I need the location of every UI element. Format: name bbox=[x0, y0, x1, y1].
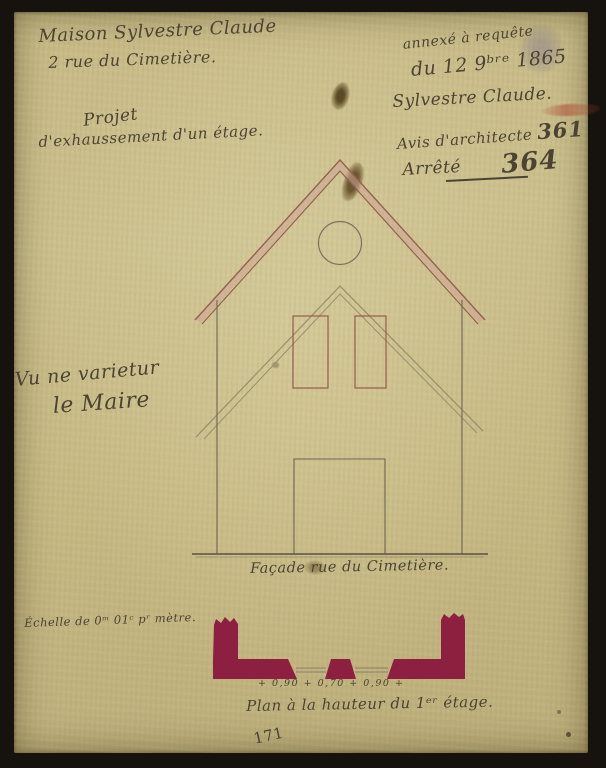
project-title-line1: Projet bbox=[82, 104, 139, 131]
annex-note-date: du 12 9ᵇʳᵉ 1865 bbox=[410, 45, 568, 81]
arrete-label: Arrêté bbox=[402, 157, 461, 180]
facade-caption: Façade rue du Cimetière. bbox=[250, 558, 449, 577]
scale-note: Échelle de 0ᵐ 01ᶜ pʳ mètre. bbox=[24, 610, 196, 630]
project-title-line2: d'exhaussement d'un étage. bbox=[38, 121, 264, 151]
arrete-number: 364 bbox=[500, 145, 560, 180]
annex-note-line1: annexé à requête bbox=[402, 23, 534, 53]
page-number: 171 bbox=[252, 724, 285, 748]
paper-sheet: Maison Sylvestre Claude 2 rue du Cimetiè… bbox=[14, 12, 588, 753]
apex-stain bbox=[338, 160, 367, 204]
plan-measurements: + 0,90 + 0,70 + 0,90 + bbox=[258, 678, 404, 689]
plan-caption: Plan à la hauteur du 1ᵉʳ étage. bbox=[246, 693, 493, 715]
owner-signature: Sylvestre Claude. bbox=[392, 84, 553, 112]
red-streak bbox=[542, 102, 601, 117]
approval-line2: le Maire bbox=[52, 387, 151, 419]
avis-architecte-number: 361 bbox=[536, 116, 584, 144]
house-title-line1: Maison Sylvestre Claude bbox=[38, 16, 277, 47]
ink-blot-stain bbox=[329, 81, 351, 112]
small-spot-1 bbox=[272, 362, 279, 368]
small-spot-2 bbox=[566, 732, 571, 737]
house-title-line2: 2 rue du Cimetière. bbox=[48, 47, 217, 72]
approval-line1: Vu ne varietur bbox=[14, 356, 160, 391]
small-spot-3 bbox=[557, 710, 561, 714]
